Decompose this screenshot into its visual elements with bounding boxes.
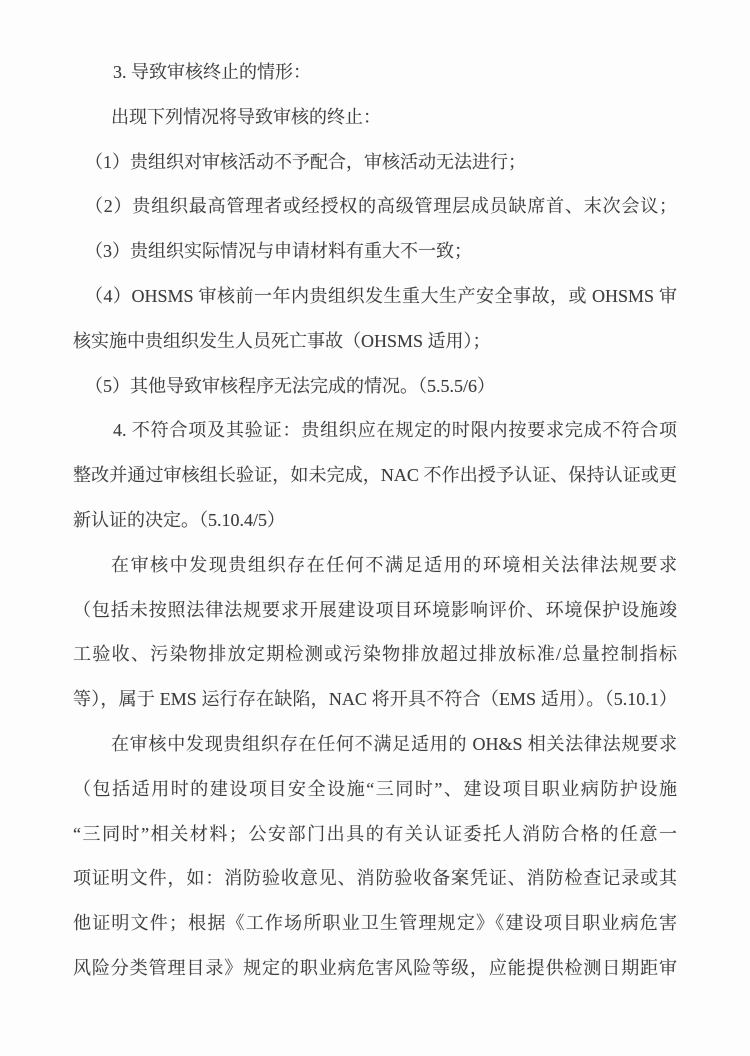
text-line: 在审核中发现贵组织存在任何不满足适用的环境相关法律法规要求 bbox=[73, 543, 677, 588]
text-line: 等），属于 EMS 运行存在缺陷，NAC 将开具不符合（EMS 适用）。（5.1… bbox=[73, 677, 677, 722]
text-line: 4. 不符合项及其验证：贵组织应在规定的时限内按要求完成不符合项 bbox=[73, 408, 677, 453]
text-line: （2）贵组织最高管理者或经授权的高级管理层成员缺席首、末次会议； bbox=[73, 184, 677, 229]
text-line: “三同时”相关材料；公安部门出具的有关认证委托人消防合格的任意一 bbox=[73, 812, 677, 857]
text-line: 他证明文件；根据《工作场所职业卫生管理规定》《建设项目职业病危害 bbox=[73, 901, 677, 946]
text-line: 3. 导致审核终止的情形： bbox=[73, 50, 677, 95]
text-line: 项证明文件，如：消防验收意见、消防验收备案凭证、消防检查记录或其 bbox=[73, 856, 677, 901]
text-line: 整改并通过审核组长验证，如未完成，NAC 不作出授予认证、保持认证或更 bbox=[73, 453, 677, 498]
text-line: 核实施中贵组织发生人员死亡事故（OHSMS 适用）； bbox=[73, 319, 677, 364]
document-page: 3. 导致审核终止的情形：出现下列情况将导致审核的终止：（1）贵组织对审核活动不… bbox=[0, 0, 750, 1056]
text-line: （3）贵组织实际情况与申请材料有重大不一致； bbox=[73, 229, 677, 274]
text-line: （5）其他导致审核程序无法完成的情况。（5.5.5/6） bbox=[73, 364, 677, 409]
text-line: 新认证的决定。（5.10.4/5） bbox=[73, 498, 677, 543]
text-line: 在审核中发现贵组织存在任何不满足适用的 OH&S 相关法律法规要求 bbox=[73, 722, 677, 767]
document-body: 3. 导致审核终止的情形：出现下列情况将导致审核的终止：（1）贵组织对审核活动不… bbox=[73, 50, 677, 991]
text-line: （1）贵组织对审核活动不予配合，审核活动无法进行； bbox=[73, 140, 677, 185]
text-line: （4）OHSMS 审核前一年内贵组织发生重大生产安全事故，或 OHSMS 审 bbox=[73, 274, 677, 319]
text-line: （包括适用时的建设项目安全设施“三同时”、建设项目职业病防护设施 bbox=[73, 767, 677, 812]
text-line: 工验收、污染物排放定期检测或污染物排放超过排放标准/总量控制指标 bbox=[73, 632, 677, 677]
text-line: 出现下列情况将导致审核的终止： bbox=[73, 95, 677, 140]
text-line: 风险分类管理目录》规定的职业病危害风险等级，应能提供检测日期距审 bbox=[73, 946, 677, 991]
text-line: （包括未按照法律法规要求开展建设项目环境影响评价、环境保护设施竣 bbox=[73, 588, 677, 633]
